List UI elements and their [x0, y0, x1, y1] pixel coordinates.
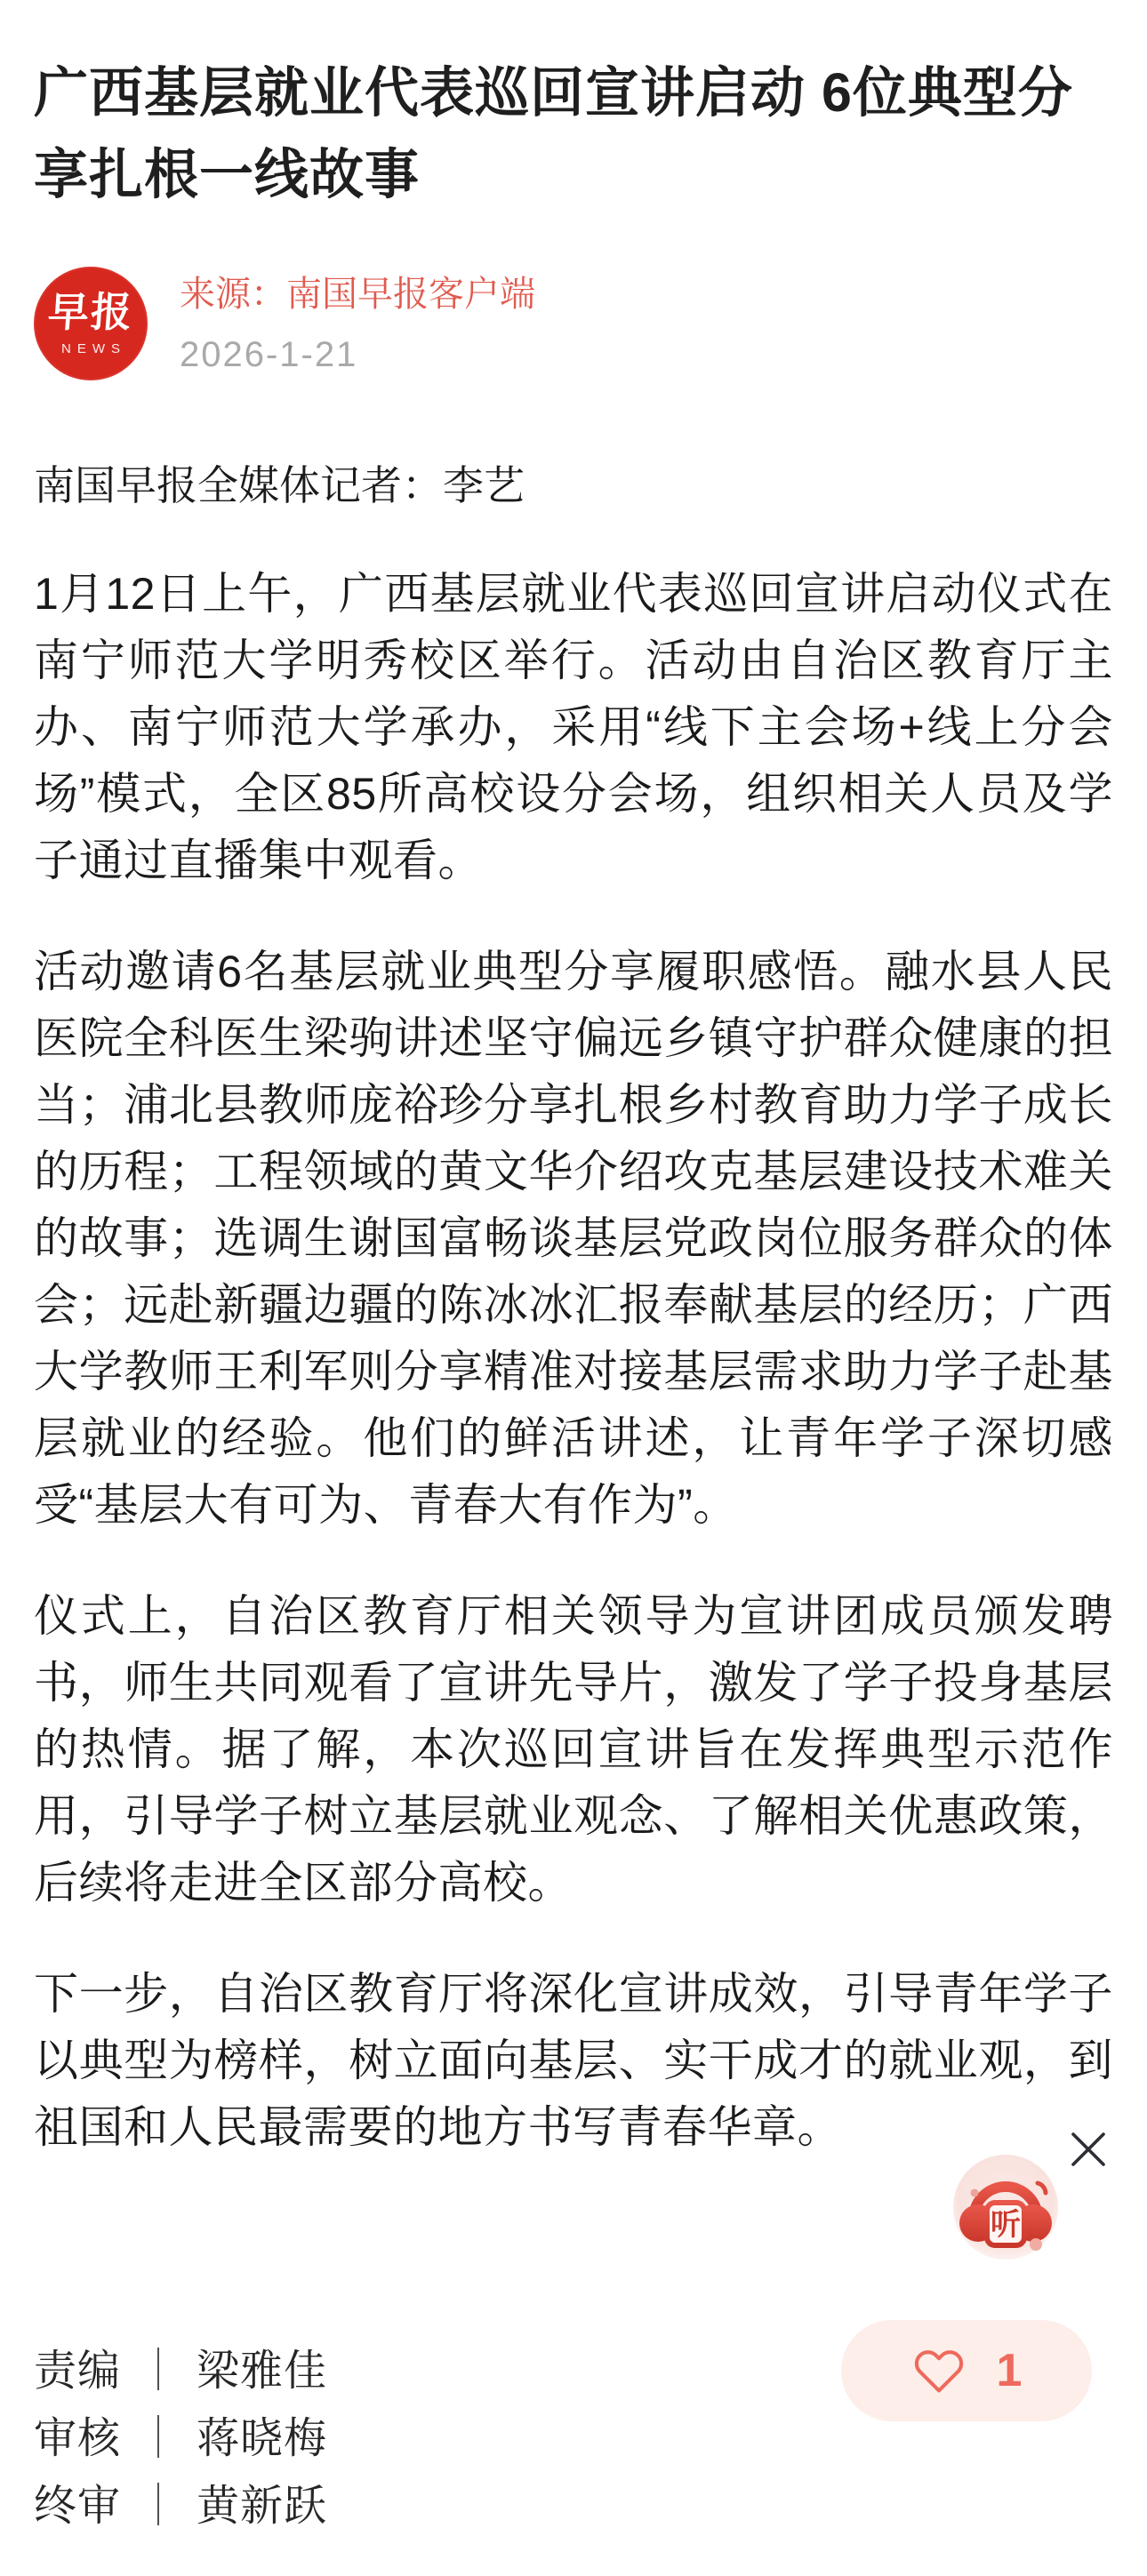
like-button[interactable]: 1: [841, 2320, 1092, 2421]
paragraph: 仪式上，自治区教育厅相关领导为宣讲团成员颁发聘书，师生共同观看了宣讲先导片，激发…: [34, 1583, 1113, 1916]
listen-label: 听: [991, 2208, 1021, 2242]
publish-date: 2026-1-21: [180, 335, 535, 374]
listen-button[interactable]: 听: [951, 2153, 1060, 2261]
article-page: 广西基层就业代表巡回宣讲启动 6位典型分享扎根一线故事 早报 NEWS 来源：南…: [0, 0, 1147, 2576]
credit-name: 蒋晓梅: [197, 2415, 327, 2462]
credit-separator: ｜: [121, 2483, 197, 2530]
credit-line-editor: 责编｜梁雅佳: [34, 2338, 327, 2405]
article-byline: 南国早报全媒体记者：李艺: [34, 455, 1113, 516]
zaobao-logo: 早报 NEWS: [34, 267, 148, 380]
like-count: 1: [997, 2344, 1023, 2397]
logo-text: 早报: [46, 291, 134, 333]
credit-name: 黄新跃: [197, 2483, 327, 2530]
credit-name: 梁雅佳: [197, 2348, 327, 2395]
credit-role: 终审: [34, 2483, 121, 2530]
editor-credits: 责编｜梁雅佳 审核｜蒋晓梅 终审｜黄新跃: [34, 2338, 327, 2540]
credit-line-final-reviewer: 终审｜黄新跃: [34, 2473, 327, 2540]
credit-line-reviewer: 审核｜蒋晓梅: [34, 2405, 327, 2473]
credit-role: 责编: [34, 2348, 121, 2395]
source-block: 来源：南国早报客户端 2026-1-21: [180, 273, 535, 374]
article-title: 广西基层就业代表巡回宣讲启动 6位典型分享扎根一线故事: [34, 0, 1113, 215]
logo-subtext: NEWS: [55, 341, 126, 356]
article-meta: 早报 NEWS 来源：南国早报客户端 2026-1-21: [34, 267, 1113, 380]
credit-separator: ｜: [121, 2348, 197, 2395]
credit-separator: ｜: [121, 2415, 197, 2462]
heart-icon: [911, 2345, 967, 2396]
paragraph: 下一步，自治区教育厅将深化宣讲成效，引导青年学子以典型为榜样，树立面向基层、实干…: [34, 1961, 1113, 2161]
paragraph: 1月12日上午，广西基层就业代表巡回宣讲启动仪式在南宁师范大学明秀校区举行。活动…: [34, 561, 1113, 894]
source-link[interactable]: 来源：南国早报客户端: [180, 273, 535, 316]
close-icon[interactable]: [1065, 2126, 1111, 2172]
credit-role: 审核: [34, 2415, 121, 2462]
paragraph: 活动邀请6名基层就业典型分享履职感悟。融水县人民医院全科医生梁驹讲述坚守偏远乡镇…: [34, 939, 1113, 1539]
article-body: 广西基层就业代表巡回宣讲启动 6位典型分享扎根一线故事 早报 NEWS 来源：南…: [0, 0, 1147, 2161]
